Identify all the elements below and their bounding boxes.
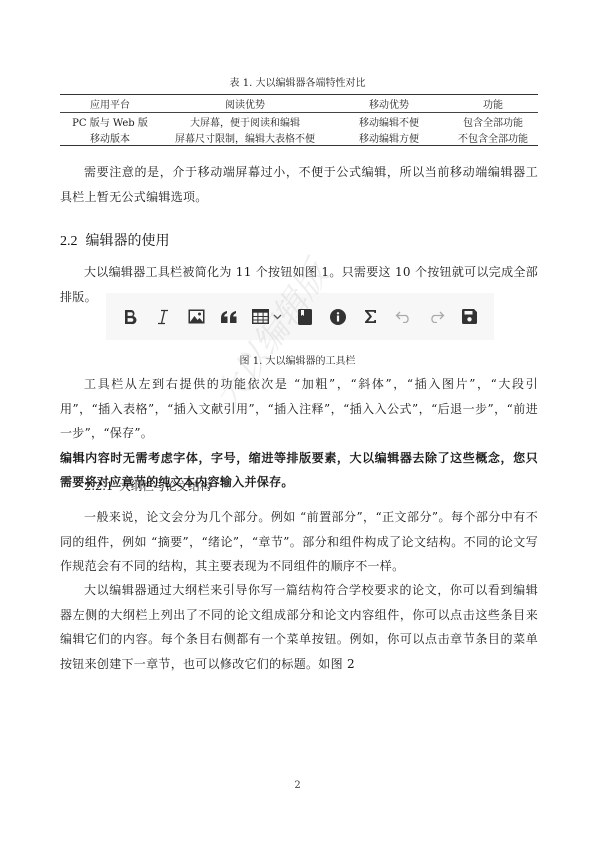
- table-cell: 不包含全部功能: [448, 129, 538, 146]
- header-platform: 应用平台: [60, 95, 160, 113]
- toolbar-description-text: 工具栏从左到右提供的功能依次是 “加粗”，“斜体”，“插入图片”，“大段引用”，…: [60, 377, 538, 440]
- figure-caption: 图 1. 大以编辑器的工具栏: [0, 352, 595, 367]
- save-button[interactable]: [460, 305, 480, 329]
- redo-button[interactable]: [427, 305, 447, 329]
- editor-toolbar-figure: [106, 293, 494, 340]
- sigma-icon: [364, 309, 377, 324]
- paragraph-note: 需要注意的是，介于移动端屏幕过小，不便于公式编辑，所以当前移动端编辑器工具栏上暂…: [60, 160, 538, 209]
- page-number: 2: [0, 780, 595, 791]
- insert-citation-button[interactable]: [295, 305, 315, 329]
- italic-button[interactable]: [153, 305, 173, 329]
- save-icon: [462, 309, 477, 324]
- insert-image-button[interactable]: [186, 305, 206, 329]
- bold-icon: [123, 309, 137, 325]
- undo-icon: [395, 311, 412, 323]
- paragraph-toolbar-description: 工具栏从左到右提供的功能依次是 “加粗”，“斜体”，“插入图片”，“大段引用”，…: [60, 372, 538, 495]
- table-cell: PC 版与 Web 版: [60, 113, 160, 130]
- subsection-heading: 2.2.1大纲栏与论文结构: [84, 478, 211, 494]
- italic-icon: [157, 309, 169, 325]
- subsection-number: 2.2.1: [84, 479, 113, 493]
- blockquote-button[interactable]: [219, 305, 239, 329]
- header-reading: 阅读优势: [160, 95, 330, 113]
- subsection-title: 大纲栏与论文结构: [119, 479, 211, 493]
- header-features: 功能: [448, 95, 538, 113]
- paragraph-structure-2: 大以编辑器通过大纲栏来引导你写一篇结构符合学校要求的论文，你可以看到编辑器左侧的…: [60, 578, 538, 676]
- section-number: 2.2: [60, 234, 78, 249]
- table-row: PC 版与 Web 版 大屏幕，便于阅读和编辑 移动编辑不便 包含全部功能: [60, 113, 538, 130]
- table-cell: 大屏幕，便于阅读和编辑: [160, 113, 330, 130]
- insert-note-button[interactable]: [328, 305, 348, 329]
- image-icon: [188, 309, 205, 324]
- quote-icon: [221, 311, 237, 323]
- table-header-row: 应用平台 阅读优势 移动优势 功能: [60, 95, 538, 113]
- paragraph-structure-1: 一般来说，论文会分为几个部分。例如 “前置部分”，“正文部分”。每个部分中有不同…: [60, 505, 538, 579]
- chevron-down-icon: [273, 314, 282, 320]
- bold-button[interactable]: [120, 305, 140, 329]
- table-cell: 移动编辑方便: [330, 129, 448, 146]
- table-icon: [252, 309, 269, 324]
- insert-table-button[interactable]: [252, 305, 282, 329]
- table-cell: 移动版本: [60, 129, 160, 146]
- table-cell: 移动编辑不便: [330, 113, 448, 130]
- bookmark-icon: [298, 309, 312, 325]
- undo-button[interactable]: [394, 305, 414, 329]
- insert-formula-button[interactable]: [361, 305, 381, 329]
- table-cell: 包含全部功能: [448, 113, 538, 130]
- info-icon: [330, 309, 346, 325]
- redo-icon: [428, 311, 445, 323]
- table-cell: 屏幕尺寸限制，编辑大表格不便: [160, 129, 330, 146]
- header-mobile: 移动优势: [330, 95, 448, 113]
- section-title: 编辑器的使用: [86, 233, 170, 249]
- table-row: 移动版本 屏幕尺寸限制，编辑大表格不便 移动编辑方便 不包含全部功能: [60, 129, 538, 146]
- comparison-table: 应用平台 阅读优势 移动优势 功能 PC 版与 Web 版 大屏幕，便于阅读和编…: [60, 94, 538, 146]
- table-caption: 表 1. 大以编辑器各端特性对比: [0, 74, 595, 89]
- section-heading: 2.2编辑器的使用: [60, 230, 170, 250]
